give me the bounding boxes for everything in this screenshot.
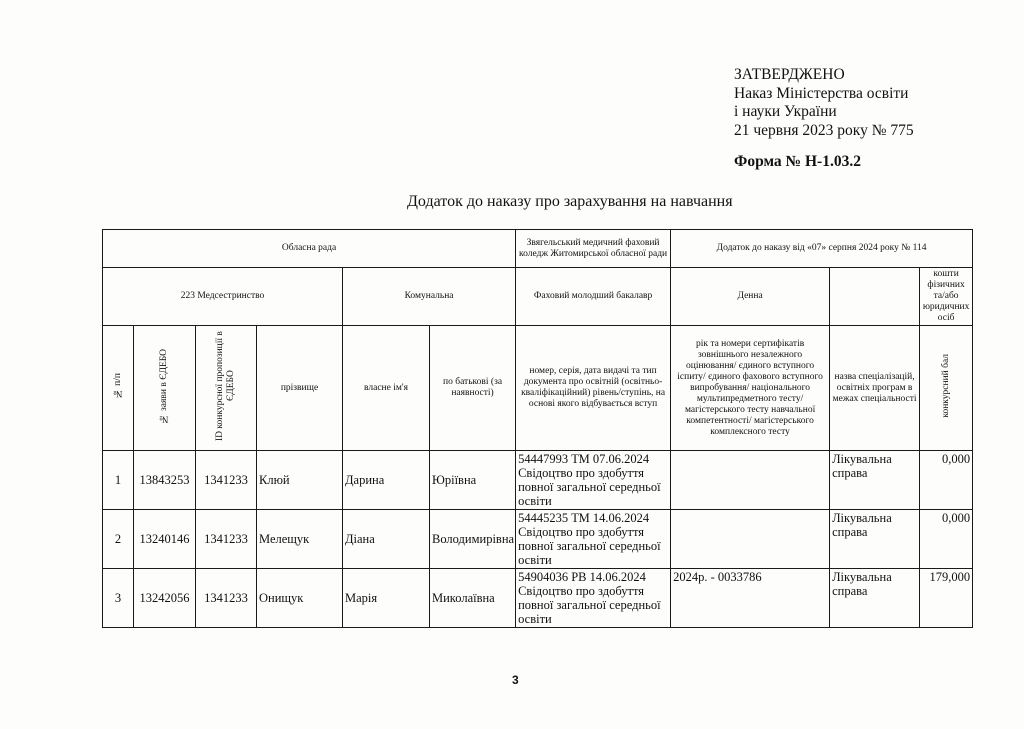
approval-line: і науки України — [734, 103, 914, 122]
col-header-surname: прізвище — [257, 326, 343, 451]
cell-program: Лікувальна справа — [830, 569, 920, 628]
cell-offer-id: 1341233 — [196, 510, 257, 569]
col-header-patronymic: по батькові (за наявності) — [430, 326, 516, 451]
col-header-number: № п/п — [103, 326, 134, 451]
cell-document: 54447993 ТМ 07.06.2024 Свідоцтво про здо… — [516, 451, 671, 510]
cell-surname: Онищук — [257, 569, 343, 628]
council-cell: Обласна рада — [103, 230, 516, 268]
specialty-cell: 223 Медсестринство — [103, 268, 343, 326]
cell-document: 54445235 ТМ 14.06.2024 Свідоцтво про здо… — [516, 510, 671, 569]
institution-cell: Звягельський медичний фаховий коледж Жит… — [516, 230, 671, 268]
empty-cell — [830, 268, 920, 326]
cell-offer-id: 1341233 — [196, 451, 257, 510]
document-title: Додаток до наказу про зарахування на нав… — [407, 193, 733, 211]
cell-score: 179,000 — [920, 569, 973, 628]
cell-number: 3 — [103, 569, 134, 628]
form-number: Форма № Н-1.03.2 — [734, 153, 861, 171]
cell-certificates: 2024р. - 0033786 — [671, 569, 830, 628]
col-header-program: назва спеціалізацій, освітніх програм в … — [830, 326, 920, 451]
cell-application: 13240146 — [134, 510, 196, 569]
table-row: 1 13843253 1341233 Клюй Дарина Юріївна 5… — [103, 451, 973, 510]
header-row-1: Обласна рада Звягельський медичний фахов… — [103, 230, 973, 268]
col-header-certificates: рік та номери сертифікатів зовнішнього н… — [671, 326, 830, 451]
col-header-application: № заяви в ЄДЕБО — [134, 326, 196, 451]
cell-patronymic: Юріївна — [430, 451, 516, 510]
funding-cell: кошти фізичних та/або юридичних осіб — [920, 268, 973, 326]
cell-score: 0,000 — [920, 510, 973, 569]
degree-cell: Фаховий молодший бакалавр — [516, 268, 671, 326]
cell-offer-id: 1341233 — [196, 569, 257, 628]
cell-surname: Мелещук — [257, 510, 343, 569]
cell-patronymic: Миколаївна — [430, 569, 516, 628]
cell-certificates — [671, 451, 830, 510]
col-header-name: власне ім'я — [343, 326, 430, 451]
column-header-row: № п/п № заяви в ЄДЕБО ID конкурсної проп… — [103, 326, 973, 451]
cell-number: 2 — [103, 510, 134, 569]
cell-score: 0,000 — [920, 451, 973, 510]
table-row: 2 13240146 1341233 Мелещук Діана Володим… — [103, 510, 973, 569]
col-header-score: конкурсний бал — [920, 326, 973, 451]
approval-line: ЗАТВЕРДЖЕНО — [734, 66, 914, 85]
cell-name: Марія — [343, 569, 430, 628]
approval-stamp: ЗАТВЕРДЖЕНО Наказ Міністерства освіти і … — [734, 66, 914, 140]
enrollment-table: Обласна рада Звягельський медичний фахов… — [102, 229, 973, 628]
cell-number: 1 — [103, 451, 134, 510]
ownership-cell: Комунальна — [343, 268, 516, 326]
col-header-document: номер, серія, дата видачі та тип докумен… — [516, 326, 671, 451]
cell-application: 13242056 — [134, 569, 196, 628]
cell-application: 13843253 — [134, 451, 196, 510]
approval-line: 21 червня 2023 року № 775 — [734, 122, 914, 141]
table-row: 3 13242056 1341233 Онищук Марія Миколаїв… — [103, 569, 973, 628]
cell-name: Дарина — [343, 451, 430, 510]
cell-name: Діана — [343, 510, 430, 569]
col-header-offer-id: ID конкурсної пропозиції в ЄДЕБО — [196, 326, 257, 451]
cell-surname: Клюй — [257, 451, 343, 510]
header-row-2: 223 Медсестринство Комунальна Фаховий мо… — [103, 268, 973, 326]
cell-certificates — [671, 510, 830, 569]
cell-program: Лікувальна справа — [830, 510, 920, 569]
page-number: 3 — [512, 673, 519, 687]
cell-patronymic: Володимирівна — [430, 510, 516, 569]
cell-document: 54904036 РВ 14.06.2024 Свідоцтво про здо… — [516, 569, 671, 628]
study-form-cell: Денна — [671, 268, 830, 326]
cell-program: Лікувальна справа — [830, 451, 920, 510]
order-cell: Додаток до наказу від «07» серпня 2024 р… — [671, 230, 973, 268]
approval-line: Наказ Міністерства освіти — [734, 85, 914, 104]
